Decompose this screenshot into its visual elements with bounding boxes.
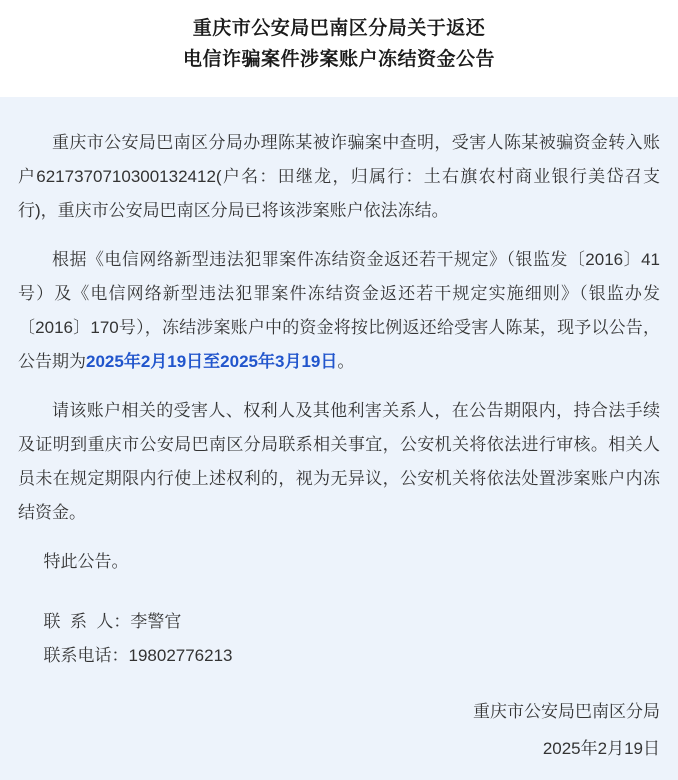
announcement-page: 重庆市公安局巴南区分局关于返还 电信诈骗案件涉案账户冻结资金公告 重庆市公安局巴… (0, 0, 678, 780)
contact-phone-label: 联系电话： (44, 646, 129, 665)
contact-person-value: 李警官 (130, 612, 181, 631)
notice-body-panel: 重庆市公安局巴南区分局办理陈某被诈骗案中查明，受害人陈某被骗资金转入账户6217… (0, 97, 678, 780)
contact-block: 联 系 人：李警官 联系电话：19802776213 (18, 605, 660, 673)
period-end-punctuation: 。 (337, 352, 354, 371)
notice-title: 重庆市公安局巴南区分局关于返还 电信诈骗案件涉案账户冻结资金公告 (0, 0, 678, 75)
paragraph-case-details: 重庆市公安局巴南区分局办理陈某被诈骗案中查明，受害人陈某被骗资金转入账户6217… (18, 126, 660, 228)
signature-block: 重庆市公安局巴南区分局 2025年2月19日 (18, 693, 660, 767)
issue-date: 2025年2月19日 (18, 730, 660, 767)
paragraph-claim-instructions: 请该账户相关的受害人、权利人及其他利害关系人，在公告期限内，持合法手续及证明到重… (18, 394, 660, 530)
announcement-period-dates: 2025年2月19日至2025年3月19日 (86, 352, 337, 371)
paragraph-regulations: 根据《电信网络新型违法犯罪案件冻结资金返还若干规定》（银监发〔2016〕41号）… (18, 243, 660, 379)
notice-title-line2: 电信诈骗案件涉案账户冻结资金公告 (0, 44, 678, 75)
contact-person-line: 联 系 人：李警官 (18, 605, 660, 639)
issuing-authority: 重庆市公安局巴南区分局 (18, 693, 660, 730)
contact-person-label: 联 系 人： (44, 612, 131, 631)
closing-statement: 特此公告。 (18, 545, 660, 579)
notice-title-line1: 重庆市公安局巴南区分局关于返还 (0, 13, 678, 44)
contact-phone-value: 19802776213 (129, 646, 233, 665)
contact-phone-line: 联系电话：19802776213 (18, 639, 660, 673)
